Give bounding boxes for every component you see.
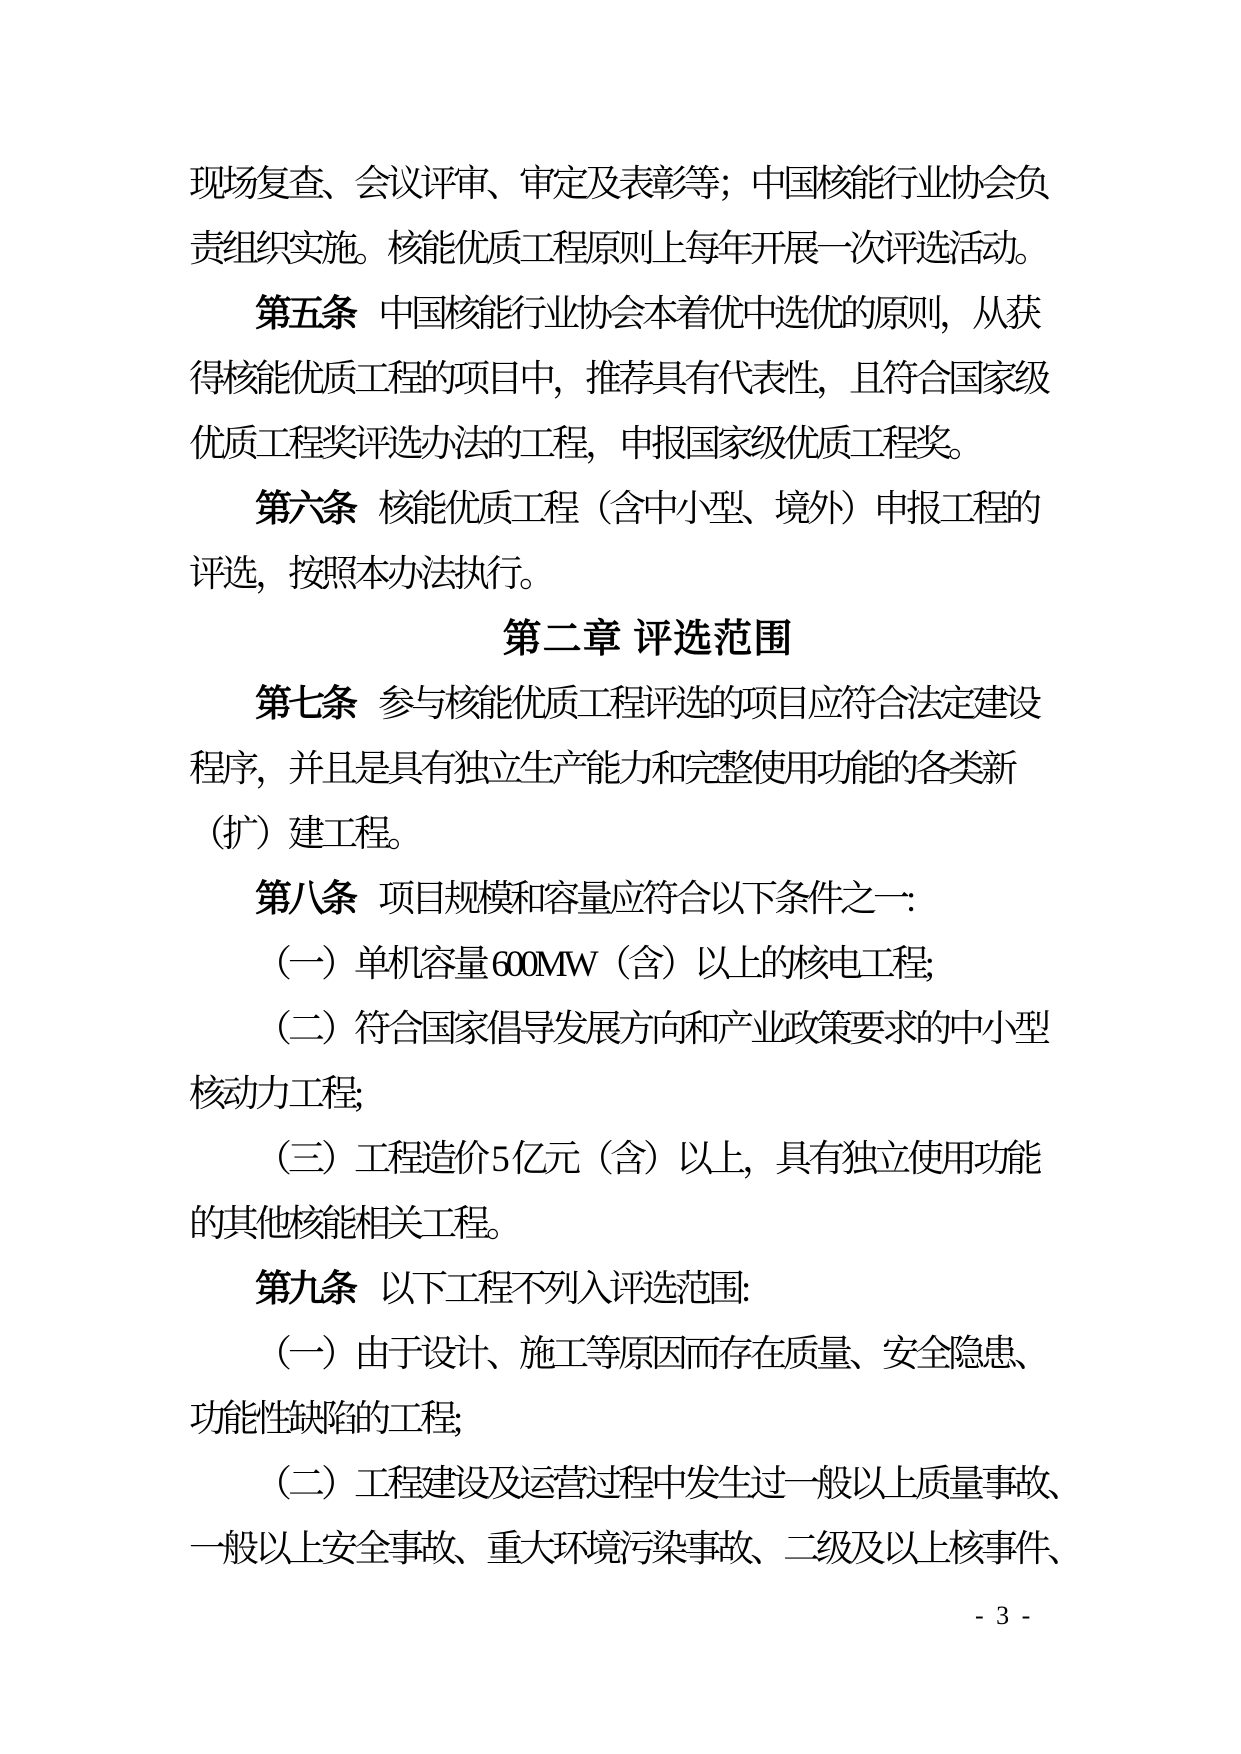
document-page: 现场复查、会议评审、审定及表彰等；中国核能行业协会负责组织实施。核能优质工程原则… xyxy=(0,0,1241,1754)
text-line: 功能性缺陷的工程; xyxy=(189,1387,1051,1452)
text-line: （一）由于设计、施工等原因而存在质量、安全隐患、 xyxy=(189,1322,1051,1387)
text-line: （三）工程造价 5 亿元（含）以上，具有独立使用功能 xyxy=(189,1127,1051,1192)
text-line: 现场复查、会议评审、审定及表彰等；中国核能行业协会负 xyxy=(189,152,1051,217)
line-text: 核能优质工程（含中小型、境外）申报工程的 xyxy=(378,489,1038,530)
text-line: 程序，并且是具有独立生产能力和完整使用功能的各类新 xyxy=(189,737,1051,802)
page-number: - 3 - xyxy=(975,1601,1033,1631)
text-line: （一）单机容量 600MW（含）以上的核电工程; xyxy=(189,932,1051,997)
text-line: 责组织实施。核能优质工程原则上每年开展一次评选活动。 xyxy=(189,217,1051,282)
line-text: 中国核能行业协会本着优中选优的原则，从获 xyxy=(378,294,1038,335)
article-number: 第五条 xyxy=(255,294,354,335)
text-line: 优质工程奖评选办法的工程，申报国家级优质工程奖。 xyxy=(189,412,1051,477)
text-line: （二）工程建设及运营过程中发生过一般以上质量事故、 xyxy=(189,1452,1051,1517)
text-line: 第七条参与核能优质工程评选的项目应符合法定建设 xyxy=(189,672,1051,737)
text-line: 第九条以下工程不列入评选范围: xyxy=(189,1257,1051,1322)
text-line: （二）符合国家倡导发展方向和产业政策要求的中小型 xyxy=(189,997,1051,1062)
article-number: 第六条 xyxy=(255,489,354,530)
article-number: 第九条 xyxy=(255,1269,354,1310)
chapter-heading: 第二章 评选范围 xyxy=(189,607,1051,672)
text-line: 第八条项目规模和容量应符合以下条件之一: xyxy=(189,867,1051,932)
text-line: 得核能优质工程的项目中，推荐具有代表性，且符合国家级 xyxy=(189,347,1051,412)
text-line: 的其他核能相关工程。 xyxy=(189,1192,1051,1257)
line-text: 以下工程不列入评选范围: xyxy=(378,1269,747,1310)
text-line: 核动力工程; xyxy=(189,1062,1051,1127)
text-line: 第五条中国核能行业协会本着优中选优的原则，从获 xyxy=(189,282,1051,347)
document-body: 现场复查、会议评审、审定及表彰等；中国核能行业协会负责组织实施。核能优质工程原则… xyxy=(189,152,1051,1582)
text-line: （扩）建工程。 xyxy=(189,802,1051,867)
text-line: 评选，按照本办法执行。 xyxy=(189,542,1051,607)
line-text: 参与核能优质工程评选的项目应符合法定建设 xyxy=(378,684,1038,725)
article-number: 第八条 xyxy=(255,879,354,920)
text-line: 一般以上安全事故、重大环境污染事故、二级及以上核事件、 xyxy=(189,1517,1051,1582)
article-number: 第七条 xyxy=(255,684,354,725)
line-text: 项目规模和容量应符合以下条件之一: xyxy=(378,879,912,920)
text-line: 第六条核能优质工程（含中小型、境外）申报工程的 xyxy=(189,477,1051,542)
